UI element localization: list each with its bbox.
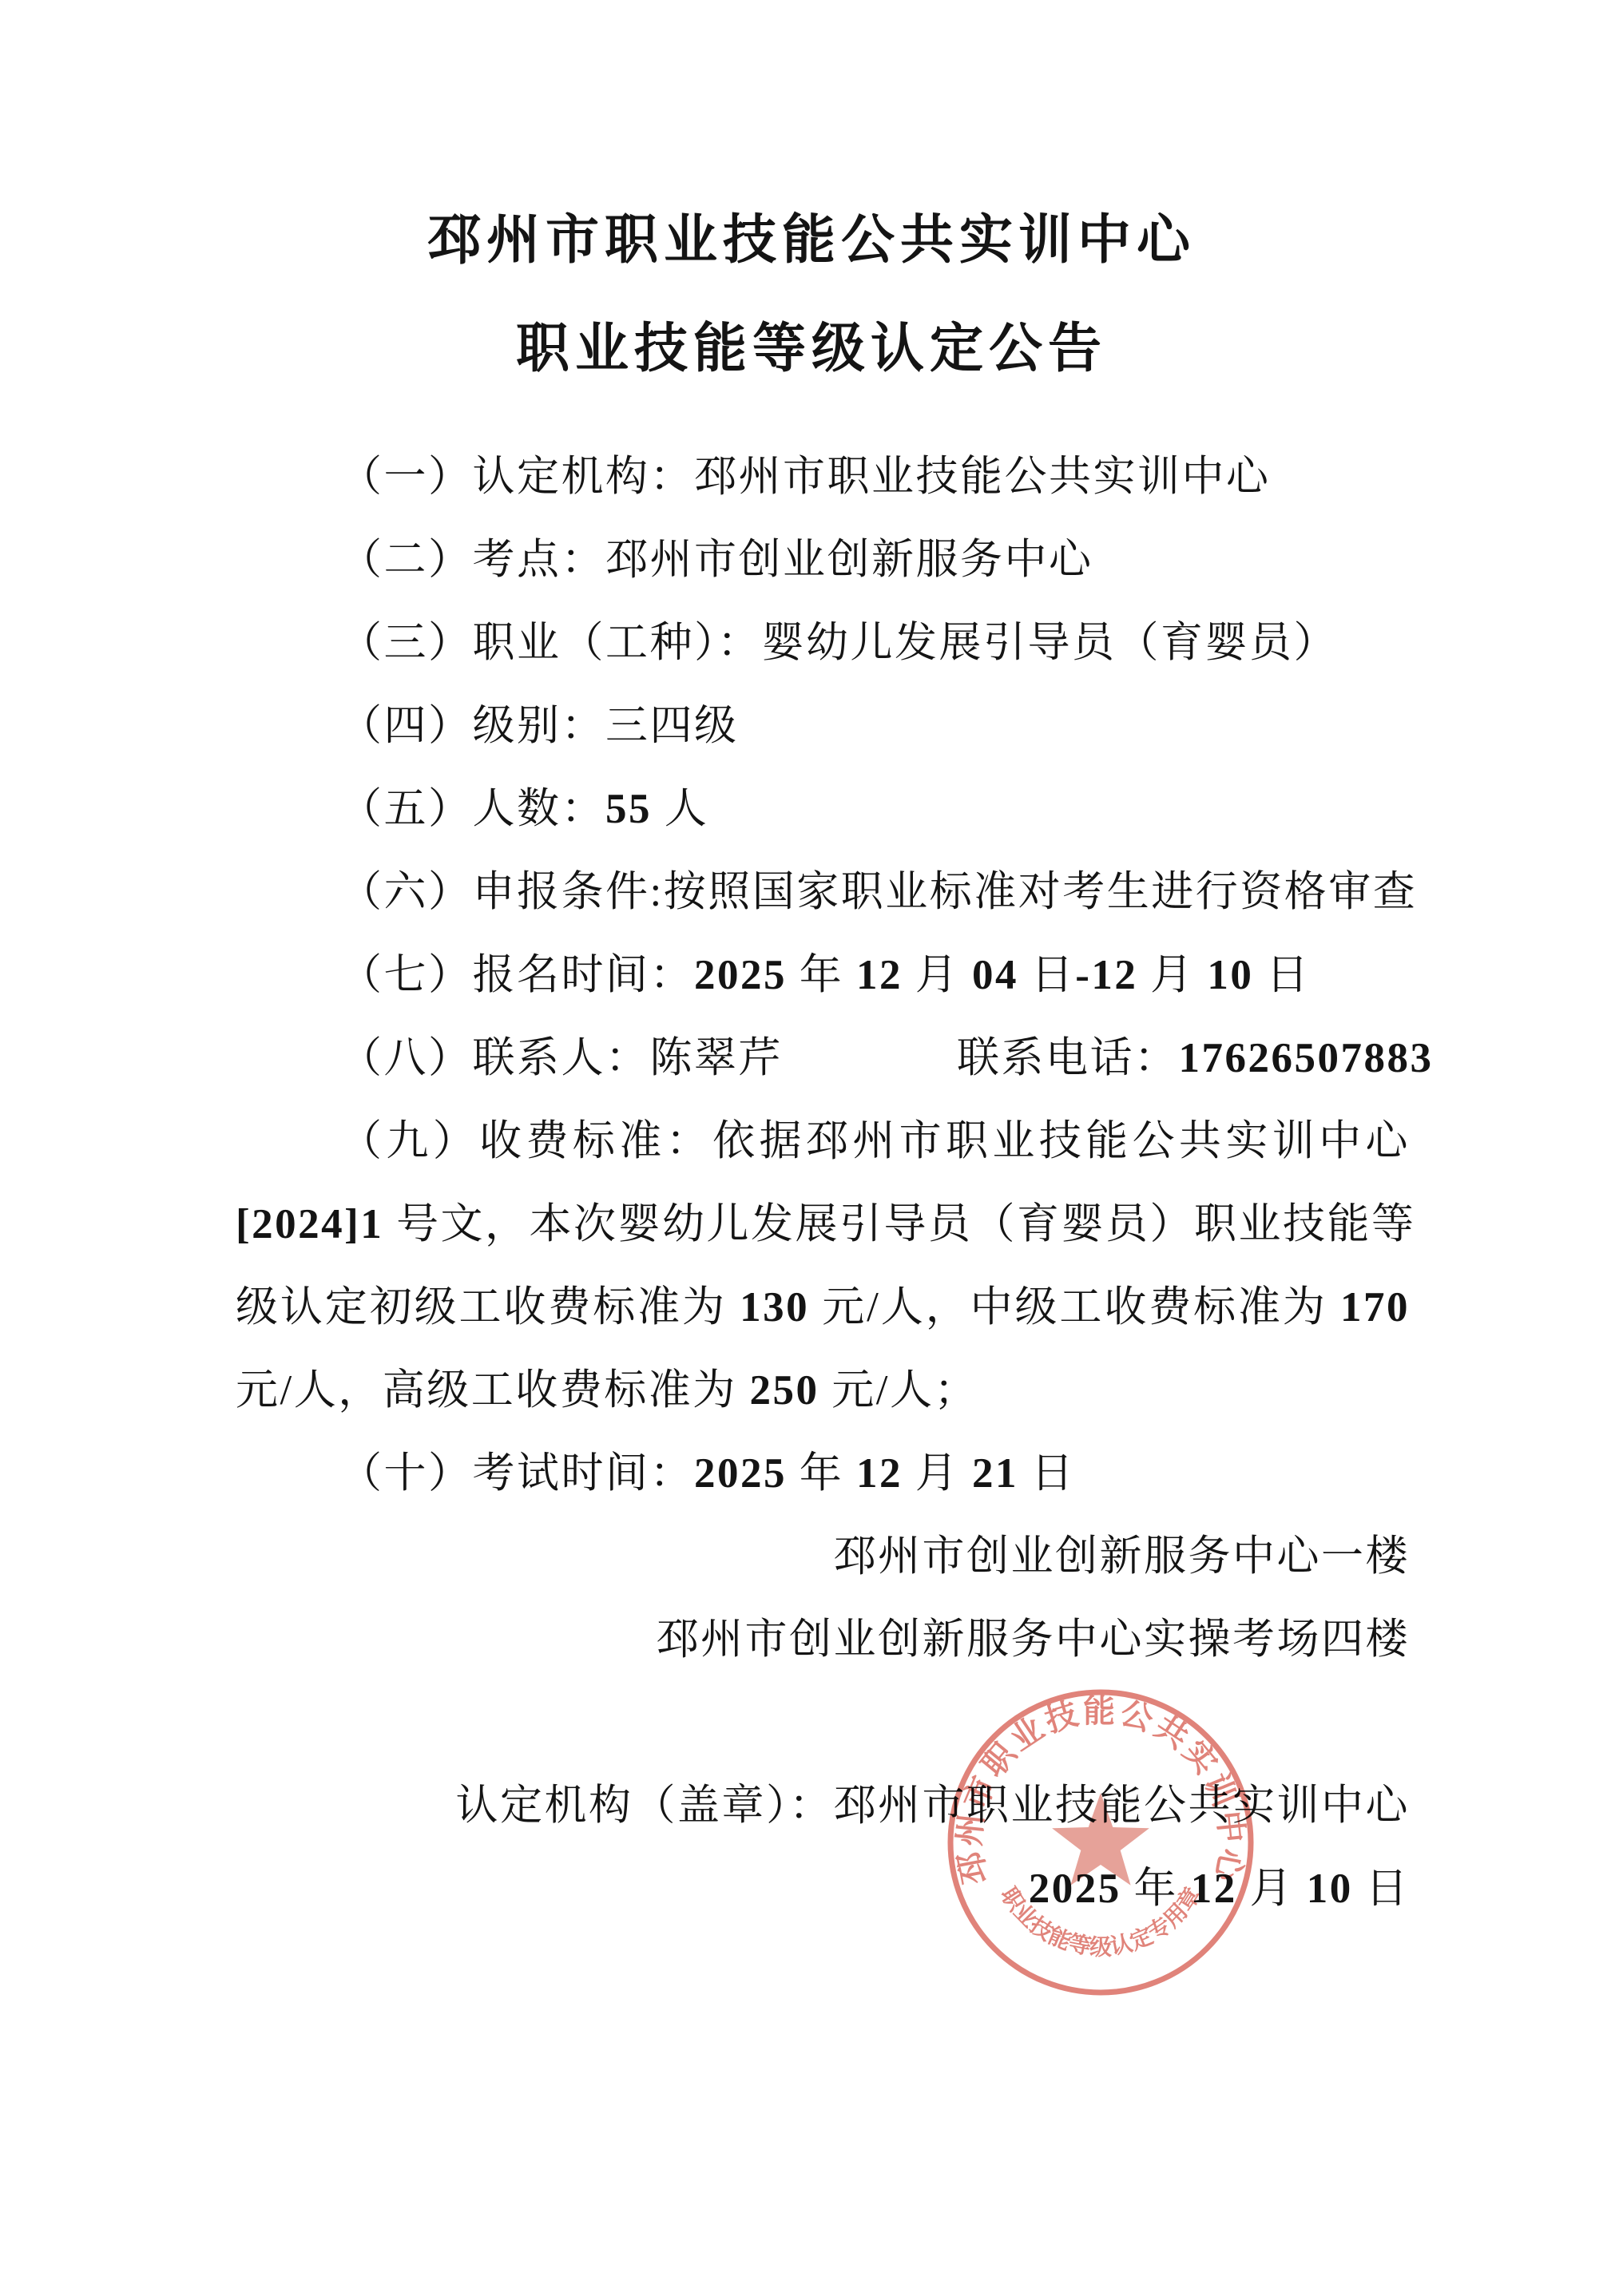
item-exam-date: （十）考试时间：2025 年 12 月 21 日 <box>236 1432 1410 1515</box>
fee-standard-continued-2: 级认定初级工收费标准为 130 元/人，中级工收费标准为 170 <box>236 1266 1410 1349</box>
page-title-line-2: 职业技能等级认定公告 <box>0 323 1623 376</box>
contact-person-text: （八）联系人：陈翠芹 <box>339 1035 783 1081</box>
item-registration-period: （七）报名时间：2025 年 12 月 04 日-12 月 10 日 <box>236 934 1410 1017</box>
fee-standard-continued-1: [2024]1 号文，本次婴幼儿发展引导员（育婴员）职业技能等 <box>236 1183 1410 1266</box>
contact-phone-text: 联系电话：17626507883 <box>957 1035 1434 1081</box>
item-fee-standard: （九）收费标准：依据邳州市职业技能公共实训中心 <box>236 1100 1410 1183</box>
seal-star-icon <box>1052 1793 1149 1886</box>
item-headcount: （五）人数：55 人 <box>236 767 1410 851</box>
exam-venue-line-1: 邳州市创业创新服务中心一楼 <box>236 1515 1410 1598</box>
fee-standard-continued-3: 元/人，高级工收费标准为 250 元/人； <box>236 1349 1410 1432</box>
official-seal: 邳州市职业技能公共实训中心 职业技能等级认定专用章 <box>941 1683 1260 2002</box>
item-exam-site: （二）考点：邳州市创业创新服务中心 <box>236 518 1410 601</box>
item-occupation: （三）职业（工种）：婴幼儿发展引导员（育婴员） <box>236 601 1410 684</box>
item-certifying-agency: （一）认定机构：邳州市职业技能公共实训中心 <box>236 435 1410 518</box>
scanned-announcement-page: 邳州市职业技能公共实训中心 职业技能等级认定公告 （一）认定机构：邳州市职业技能… <box>0 0 1623 2296</box>
exam-venue-line-2: 邳州市创业创新服务中心实操考场四楼 <box>236 1598 1410 1681</box>
item-contact: （八）联系人：陈翠芹联系电话：17626507883 <box>236 1017 1410 1100</box>
seal-arc-bottom-text: 职业技能等级认定专用章 <box>995 1882 1206 1960</box>
page-title-line-1: 邳州市职业技能公共实训中心 <box>0 214 1623 268</box>
item-application-conditions: （六）申报条件:按照国家职业标准对考生进行资格审查 <box>236 851 1410 934</box>
item-level: （四）级别：三四级 <box>236 684 1410 767</box>
